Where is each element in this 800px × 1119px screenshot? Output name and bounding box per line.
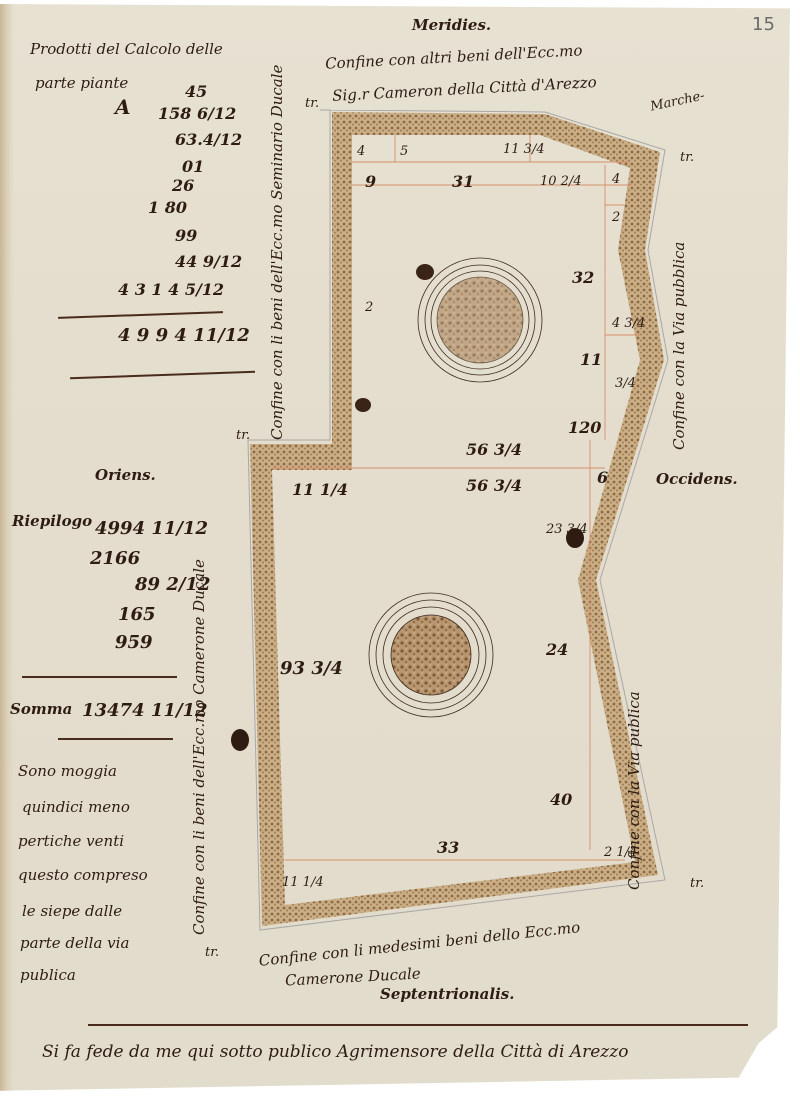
ink-blot [231,729,249,751]
riepilogo-value: 2166 [90,548,140,569]
plan-measurement: 56 3/4 [466,440,522,459]
calc-value: 45 [185,82,207,101]
plan-measurement: 33 [437,838,459,857]
somma-value: 13474 11/12 [82,700,208,721]
header-symbol: A [115,95,131,119]
summary-text-line: le siepe dalle [22,902,122,920]
corner-mark: tr. [305,96,319,111]
riepilogo-value: 4994 11/12 [95,518,208,539]
left-lower-boundary: Confine con li beni dell'Ecc.mo Camerone… [190,559,208,935]
ink-blot [416,264,434,280]
calc-value: 44 9/12 [175,252,242,271]
riepilogo-value: 89 2/12 [135,574,210,595]
right-lower-boundary: Confine con la Via publica [625,691,643,890]
plan-measurement: 11 [580,350,602,369]
plan-measurement: 93 3/4 [280,658,343,679]
plan-measurement: 2 1/4 [604,845,637,860]
compass-north-label: Septentrionalis. [380,985,514,1003]
header-title: Prodotti del Calcolo delle [30,40,223,58]
corner-mark: tr. [236,428,250,443]
summary-text-line: parte della via [20,934,129,952]
sum-rule [58,738,173,740]
ink-blot [355,398,371,412]
plan-measurement: 4 [612,172,620,187]
plan-measurement: 6 [597,468,608,487]
plan-measurement: 24 [546,640,568,659]
compass-south-label: Meridies. [412,16,491,34]
summary-text-line: Sono moggia [18,762,117,780]
calc-value: 01 [182,157,204,176]
corner-mark: tr. [690,876,704,891]
plan-measurement: 32 [572,268,594,287]
calc-value: 99 [175,226,197,245]
plan-measurement: 31 [452,172,474,191]
somma-label: Somma [10,700,72,718]
upper-tree-symbol [418,258,542,382]
attestation-text: Si fa fede da me qui sotto publico Agrim… [42,1042,628,1062]
compass-east-label: Oriens. [95,466,156,484]
plan-measurement: 40 [550,790,572,809]
right-upper-boundary: Confine con la Via pubblica [670,242,688,450]
summary-text-line: questo compreso [18,866,148,884]
calc-value: 158 6/12 [158,104,236,123]
summary-text-line: pertiche venti [18,832,124,850]
calc-value: 26 [172,176,194,195]
riepilogo-value: 959 [115,632,153,653]
attestation-rule [88,1024,748,1026]
hedge-border [250,112,664,926]
compass-west-label: Occidens. [656,470,738,488]
plan-measurement: 10 2/4 [540,174,582,189]
riepilogo-label: Riepilogo [12,512,92,530]
calc-value: 63.4/12 [175,130,242,149]
plan-measurement: 11 1/4 [292,480,348,499]
header-subtitle: parte piante [35,74,128,92]
plan-measurement: 4 [357,144,365,159]
plan-measurement: 120 [568,418,601,437]
plan-measurement: 5 [400,144,408,159]
sum-rule [22,676,177,678]
plan-measurement: 11 3/4 [503,142,545,157]
riepilogo-value: 165 [118,604,156,625]
summary-text-line: publica [20,966,76,984]
plan-measurement: 2 [612,210,620,225]
plan-measurement: 4 3/4 [612,316,645,331]
plan-measurement: 9 [365,172,376,191]
left-upper-boundary: Confine con li beni dell'Ecc.mo Seminari… [268,65,286,440]
calc-total: 4 9 9 4 11/12 [118,325,250,346]
plan-measurement: 2 [365,300,373,315]
plan-measurement: 56 3/4 [466,476,522,495]
summary-text-line: quindici meno [22,798,130,816]
corner-mark: tr. [680,150,694,165]
calc-value: 4 3 1 4 5/12 [118,280,224,299]
plan-measurement: 3/4 [615,376,636,391]
calc-value: 1 80 [148,198,187,217]
plan-measurement: 11 1/4 [282,875,324,890]
lower-tree-symbol [369,593,493,717]
corner-mark: tr. [205,945,219,960]
plan-measurement: 23 3/4 [546,522,588,537]
